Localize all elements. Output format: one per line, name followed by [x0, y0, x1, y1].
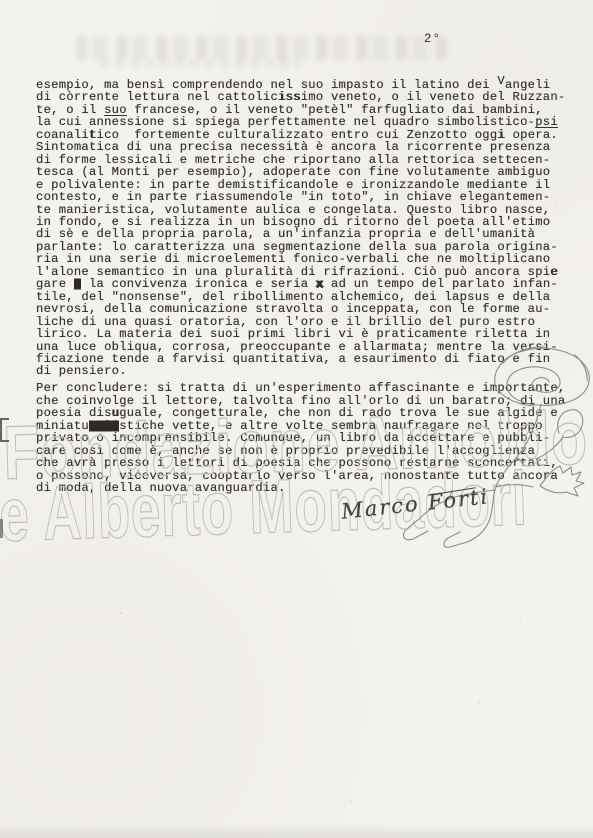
scan-edge-artifact [0, 418, 9, 442]
page-number: 2° [424, 32, 441, 46]
scan-edge-artifact [0, 519, 3, 538]
scanned-typescript-page: 2° esempio, ma bensì comprendendo nel su… [0, 0, 593, 838]
typescript-line: di pensiero. [36, 365, 570, 377]
paper-speckles [0, 0, 2, 2]
ghost-text-impression-2 [100, 58, 300, 68]
typescript-paragraph: esempio, ma bensì comprendendo nel suo i… [36, 79, 570, 378]
typescript-body: esempio, ma bensì comprendendo nel suo i… [36, 79, 570, 494]
text-run: di moda, della nuova avanguardia. [36, 481, 286, 495]
ghost-text-impression [76, 36, 448, 60]
typescript-paragraph: Per concludere: si tratta di un'esperime… [36, 382, 570, 494]
text-run: di pensiero. [36, 364, 127, 378]
typescript-line: di moda, della nuova avanguardia. [36, 482, 570, 494]
text-run: V [497, 74, 505, 88]
